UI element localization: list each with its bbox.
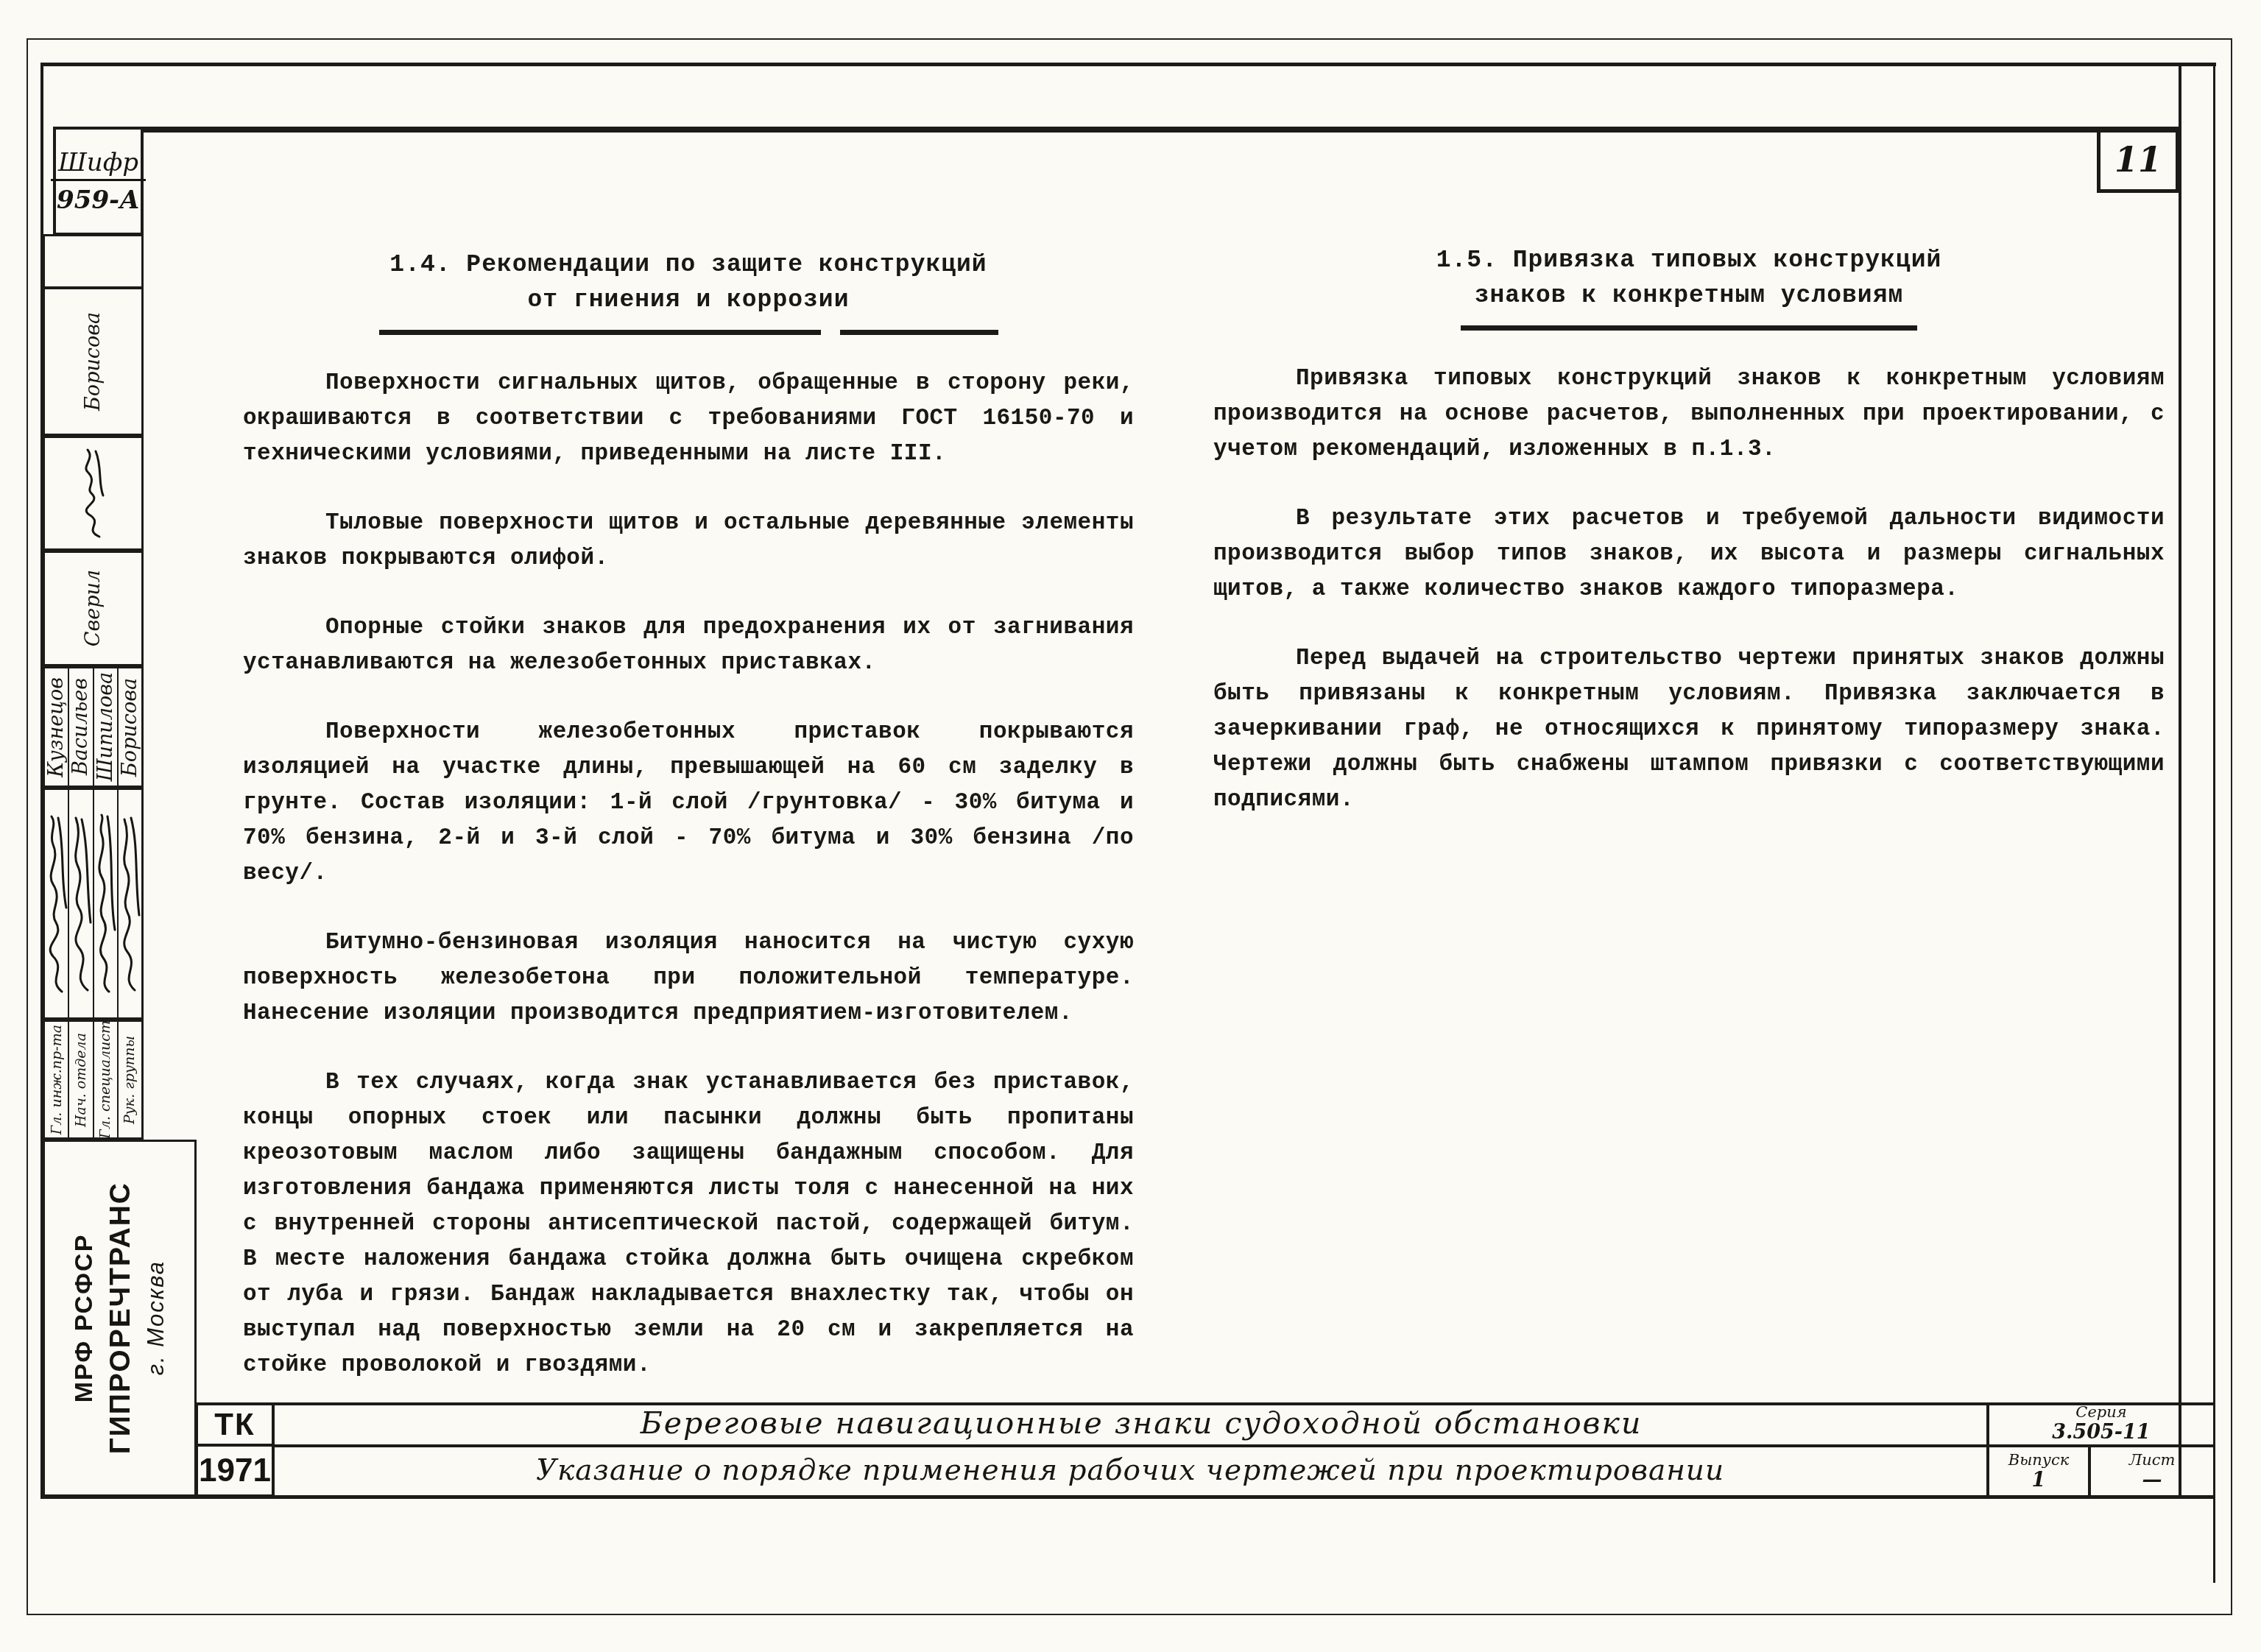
stamp-signatures-row bbox=[43, 788, 144, 1020]
stamp-roles-row: Гл. инж.пр-та Нач. отдела Гл. специалист… bbox=[43, 1020, 144, 1140]
sheet-title: Указание о порядке применения рабочих че… bbox=[287, 1446, 1973, 1494]
stamp-names-row: Кузнецов Васильев Шипилова Борисова bbox=[43, 666, 144, 788]
approver-signature-cell bbox=[93, 790, 117, 1017]
approver-signature-cell bbox=[45, 790, 68, 1017]
approver-signature-cell bbox=[117, 790, 141, 1017]
paragraph: Привязка типовых конструкций знаков к ко… bbox=[1213, 361, 2165, 467]
approver-name-cell: Кузнецов bbox=[45, 668, 68, 786]
scanned-document-page: 11 Шифр 959-А Борисова Сверил Кузнецов В… bbox=[0, 0, 2261, 1652]
organization-city: г. Москва bbox=[141, 1182, 172, 1454]
series-title: Береговые навигационные знаки судоходной… bbox=[309, 1403, 1973, 1443]
heading-underline bbox=[1213, 325, 2165, 331]
signature-scribble bbox=[94, 790, 117, 1017]
frame-line-top bbox=[40, 63, 2216, 66]
code-value: 959-А bbox=[57, 186, 140, 215]
left-column: 1.4. Рекомендации по защите конструкций … bbox=[243, 247, 1134, 1417]
approver-role-cell: Гл. специалист bbox=[93, 1022, 117, 1137]
paragraph: Опорные стойки знаков для предохранения … bbox=[243, 610, 1134, 681]
issue-value: 1 bbox=[2032, 1469, 2046, 1492]
series-cell: Серия 3.505-11 bbox=[1989, 1402, 2213, 1444]
approver-name-cell: Шипилова bbox=[93, 668, 117, 786]
right-column: 1.5. Привязка типовых конструкций знаков… bbox=[1213, 243, 2165, 852]
approver-name: Борисова bbox=[119, 678, 141, 777]
approver-role: Гл. специалист bbox=[97, 1020, 113, 1139]
paragraph: Поверхности сигнальных щитов, обращенные… bbox=[243, 366, 1134, 472]
organization-name: МРФ РСФСР ГИПРОРЕЧТРАНС г. Москва bbox=[68, 1182, 171, 1454]
signature-scribble bbox=[45, 438, 141, 548]
paragraph: Перед выдачей на строительство чертежи п… bbox=[1213, 641, 2165, 818]
stamp-reviewer-cell: Борисова bbox=[43, 287, 144, 436]
stamp-checked-cell: Сверил bbox=[43, 551, 144, 666]
frame-line-right-inner bbox=[2179, 63, 2181, 1498]
signature-scribble bbox=[45, 790, 68, 1017]
paragraph: В результате этих расчетов и требуемой д… bbox=[1213, 501, 2165, 607]
page-number: 11 bbox=[2114, 140, 2162, 180]
paragraph: Тыловые поверхности щитов и остальные де… bbox=[243, 506, 1134, 576]
approver-name: Васильев bbox=[69, 678, 92, 775]
issue-cell: Выпуск 1 bbox=[1989, 1447, 2088, 1495]
section-heading-1-5-line1: 1.5. Привязка типовых конструкций bbox=[1213, 243, 2165, 278]
approver-role: Гл. инж.пр-та bbox=[49, 1025, 65, 1134]
sheet-value: — bbox=[2142, 1469, 2162, 1492]
issue-label: Выпуск bbox=[2008, 1451, 2070, 1469]
code-label: Шифр bbox=[51, 148, 146, 181]
organization-box: МРФ РСФСР ГИПРОРЕЧТРАНС г. Москва bbox=[43, 1140, 197, 1497]
series-value: 3.505-11 bbox=[2052, 1421, 2150, 1444]
approver-role-cell: Гл. инж.пр-та bbox=[45, 1022, 68, 1137]
paragraph: Битумно-бензиновая изоляция наносится на… bbox=[243, 925, 1134, 1031]
checked-label: Сверил bbox=[82, 570, 105, 646]
sheet-label: Лист bbox=[2129, 1451, 2176, 1469]
paragraph: Поверхности железобетонных приставок пок… bbox=[243, 715, 1134, 892]
section-heading-1-4-line2: от гниения и коррозии bbox=[243, 283, 1134, 318]
sheet-number-cell: Лист — bbox=[2091, 1447, 2213, 1495]
paragraph: В тех случаях, когда знак устанавливаетс… bbox=[243, 1065, 1134, 1383]
frame-line-right-outer bbox=[2213, 63, 2215, 1583]
reviewer-name: Борисова bbox=[82, 312, 105, 411]
approver-role-cell: Рук. группы bbox=[117, 1022, 141, 1137]
approver-name: Кузнецов bbox=[45, 677, 68, 777]
code-box: Шифр 959-А bbox=[53, 127, 144, 236]
approver-name-cell: Васильев bbox=[68, 668, 92, 786]
stamp-signature-cell bbox=[43, 436, 144, 551]
year-box-year: 1971 bbox=[198, 1447, 272, 1494]
approver-name: Шипилова bbox=[94, 672, 117, 781]
organization-line: ГИПРОРЕЧТРАНС bbox=[102, 1182, 141, 1454]
approver-role: Нач. отдела bbox=[73, 1033, 89, 1127]
series-label: Серия bbox=[2075, 1403, 2126, 1421]
signature-scribble bbox=[69, 790, 92, 1017]
approver-role: Рук. группы bbox=[121, 1036, 138, 1124]
approver-name-cell: Борисова bbox=[117, 668, 141, 786]
heading-underline bbox=[243, 330, 1134, 335]
approver-signature-cell bbox=[68, 790, 92, 1017]
section-heading-1-5-line2: знаков к конкретным условиям bbox=[1213, 278, 2165, 314]
approver-role-cell: Нач. отдела bbox=[68, 1022, 92, 1137]
title-block-bottom-line bbox=[40, 1495, 2215, 1499]
stamp-empty-cell bbox=[43, 234, 144, 289]
signature-scribble bbox=[119, 790, 141, 1017]
header-rule bbox=[144, 127, 2179, 133]
section-heading-1-4-line1: 1.4. Рекомендации по защите конструкций bbox=[243, 247, 1134, 283]
page-number-box: 11 bbox=[2097, 127, 2179, 193]
organization-line: МРФ РСФСР bbox=[68, 1182, 102, 1454]
